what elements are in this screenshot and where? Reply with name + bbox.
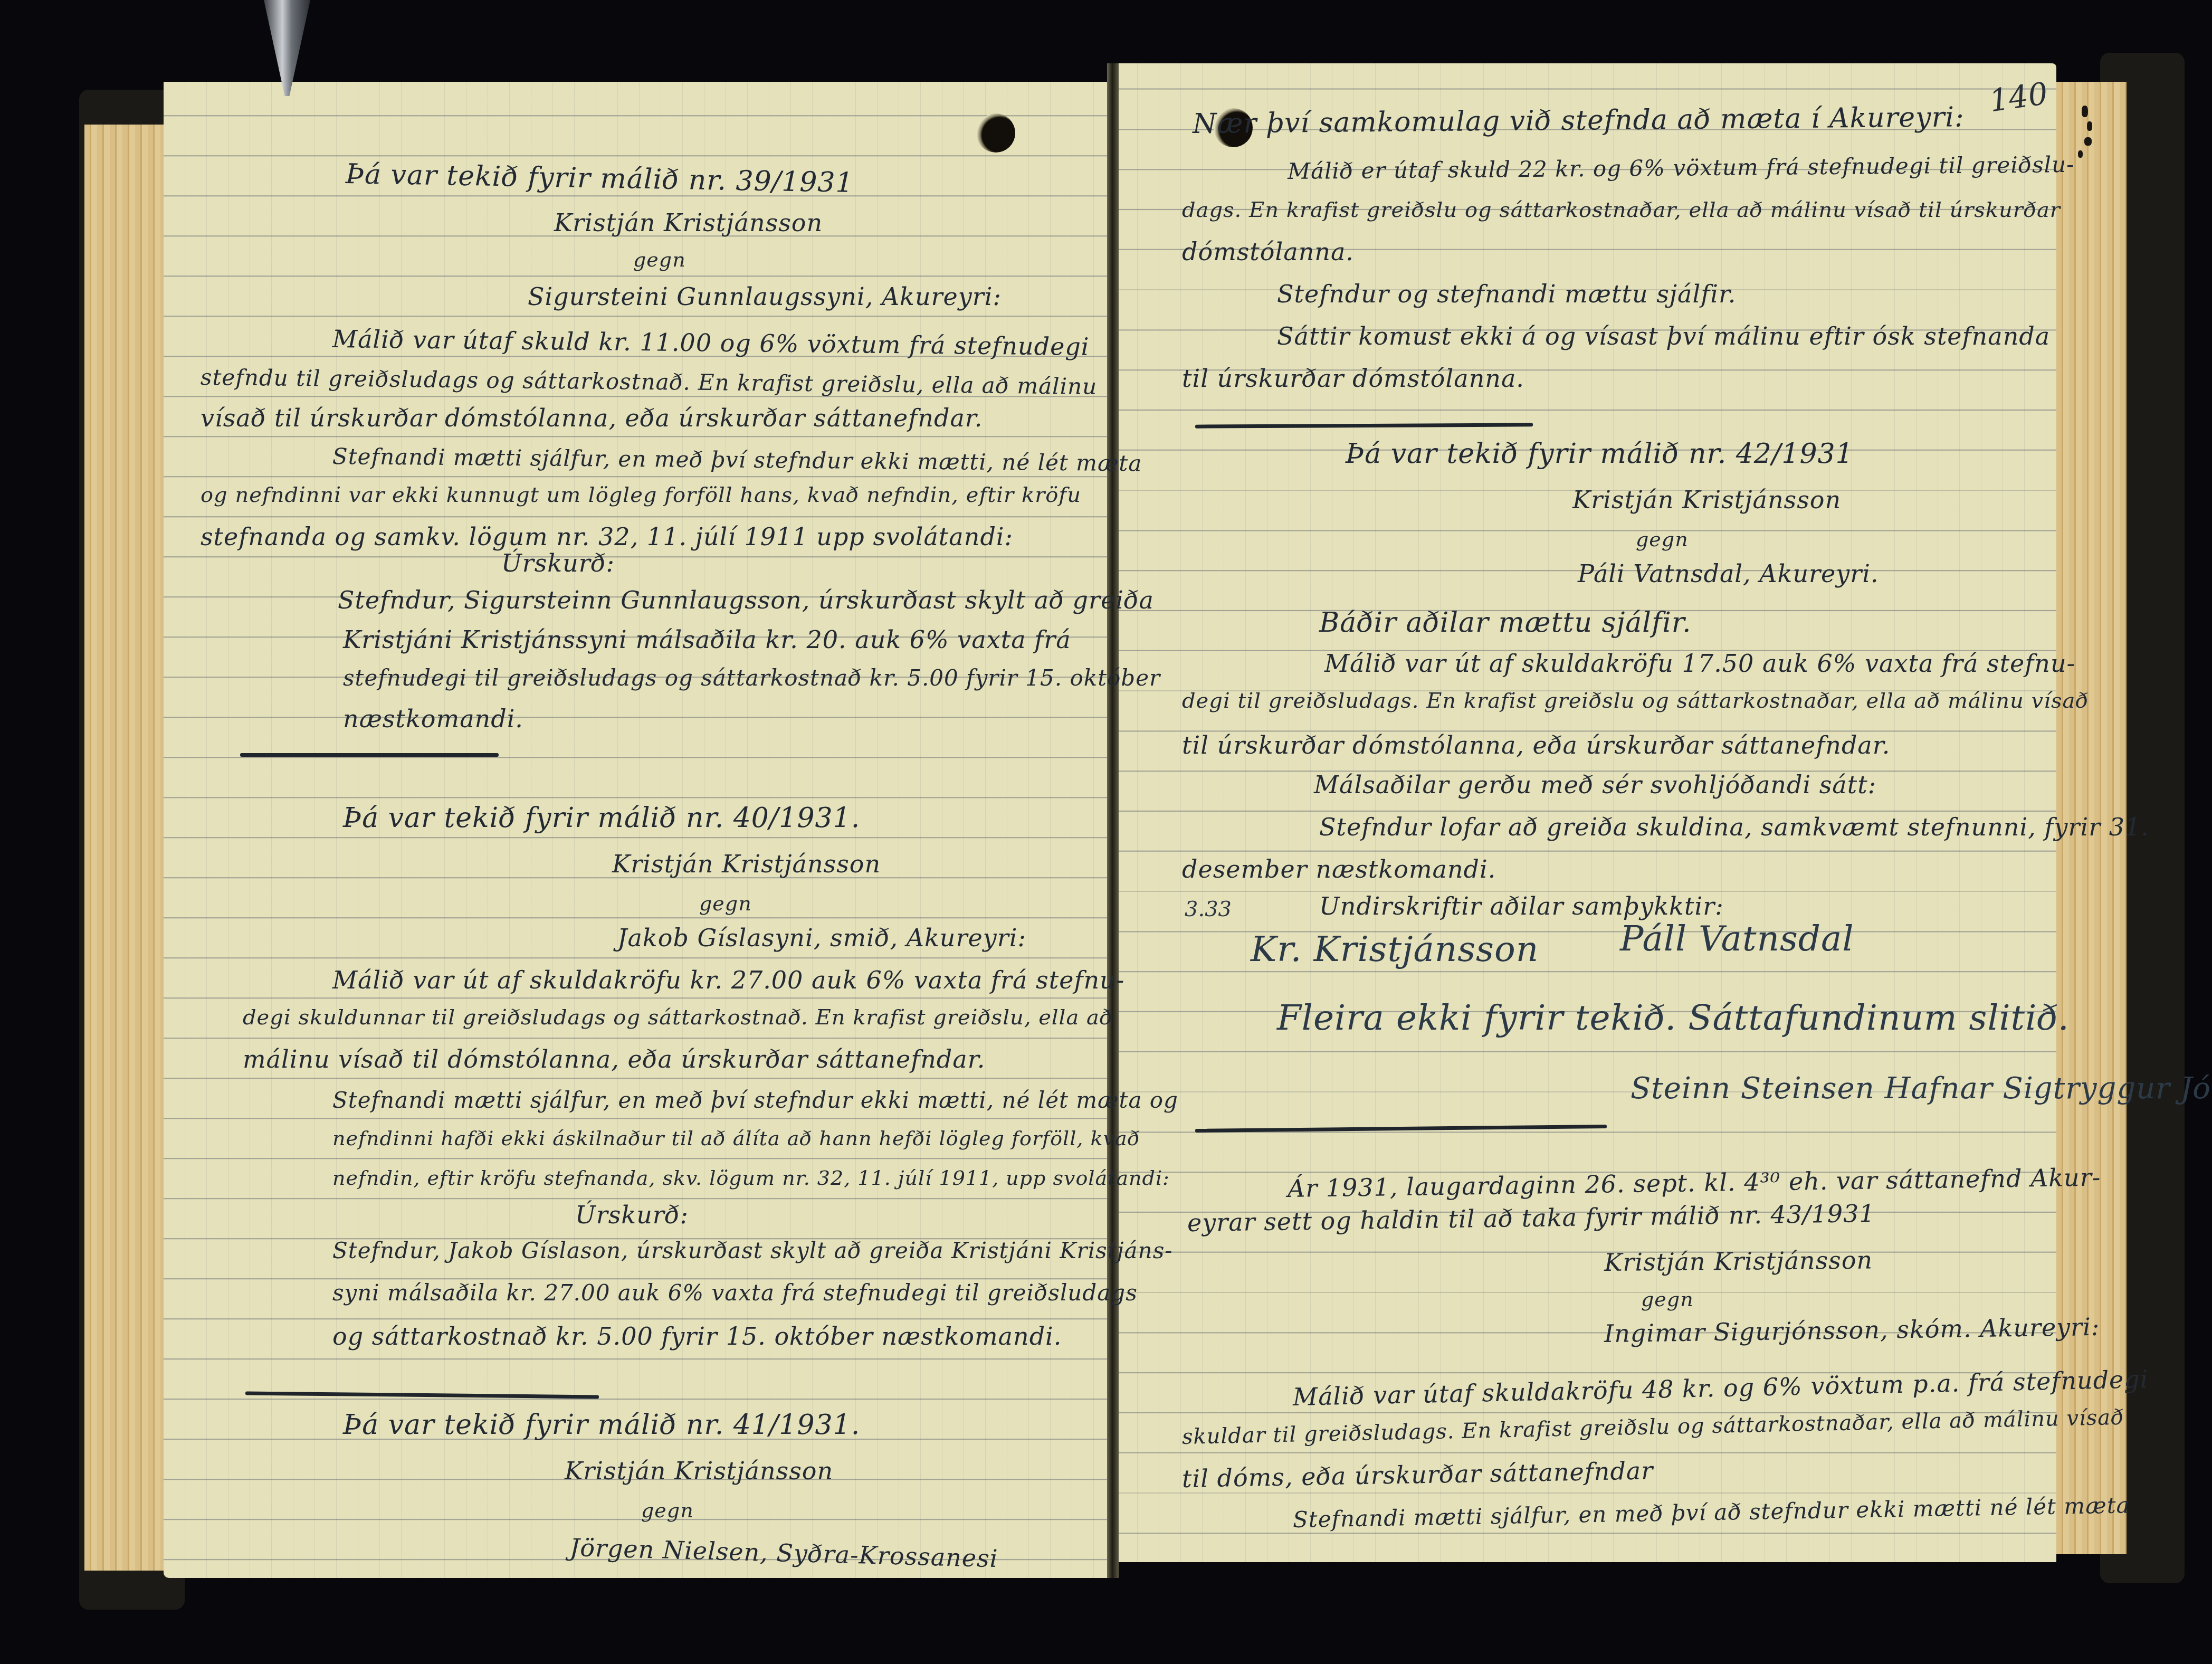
margin-note: 3.33: [1185, 897, 1232, 921]
ruling-label: Úrskurð:: [575, 1201, 689, 1229]
versus-label: gegn: [641, 1499, 694, 1522]
ruling-label: Úrskurð:: [501, 549, 615, 577]
continuation-line: dags. En krafist greiðslu og sáttarkostn…: [1182, 198, 2061, 222]
case-body-line: stefnanda og samkv. lögum nr. 32, 11. jú…: [201, 522, 1013, 551]
case-body-line: vísað til úrskurðar dómstólanna, eða úrs…: [201, 404, 983, 432]
plaintiff-name: Kristján Kristjánsson: [1572, 486, 1841, 514]
left-page-stack: [84, 125, 164, 1571]
signature-plaintiff: Kr. Kristjánsson: [1251, 929, 1539, 969]
case-body-line: nefndinni hafði ekki áskilnaður til að á…: [332, 1127, 1140, 1150]
case-body-line: Stefndur lofar að greiða skuldina, samkv…: [1319, 813, 2149, 841]
versus-label: gegn: [1641, 1288, 1694, 1311]
versus-label: gegn: [699, 892, 752, 915]
case-heading: Þá var tekið fyrir málið nr. 41/1931.: [343, 1409, 860, 1441]
case-body-line: og nefndinni var ekki kunnugt um lögleg …: [201, 483, 1081, 507]
case-body-line: til úrskurðar dómstólanna, eða úrskurðar…: [1182, 731, 1890, 759]
defendant-name: Sigursteini Gunnlaugssyni, Akureyri:: [528, 282, 1002, 311]
plaintiff-name: Kristján Kristjánsson: [1604, 1246, 1873, 1277]
section-divider: [240, 753, 499, 757]
case-body-line: nefndin, eftir kröfu stefnanda, skv. lög…: [332, 1166, 1170, 1190]
defendant-name: Páli Vatnsdal, Akureyri.: [1578, 559, 1879, 588]
ruling-line: stefnudegi til greiðsludags og sáttarkos…: [343, 665, 1160, 691]
ink-stain: [2087, 121, 2092, 131]
ink-stain: [2084, 137, 2092, 146]
case-body-line: Stefnandi mætti sjálfur, en með því stef…: [332, 1087, 1178, 1113]
plaintiff-name: Kristján Kristjánsson: [565, 1457, 833, 1485]
versus-label: gegn: [1636, 528, 1689, 551]
case-body-line: Báðir aðilar mættu sjálfir.: [1319, 607, 1692, 639]
continuation-line: Nær því samkomulag við stefnda að mæta í…: [1193, 101, 1965, 140]
plaintiff-name: Kristján Kristjánsson: [612, 850, 881, 878]
case-heading: Þá var tekið fyrir málið nr. 40/1931.: [343, 802, 860, 834]
case-body-line: degi til greiðsludags. En krafist greiðs…: [1182, 689, 2089, 713]
ruling-line: og sáttarkostnað kr. 5.00 fyrir 15. októ…: [332, 1322, 1062, 1351]
punch-hole-left: [976, 113, 1015, 153]
plaintiff-name: Kristján Kristjánsson: [554, 208, 823, 237]
versus-label: gegn: [633, 248, 686, 271]
ruling-line: Stefndur, Jakob Gíslason, úrskurðast sky…: [332, 1238, 1172, 1263]
case-body-line: degi skuldunnar til greiðsludags og sátt…: [243, 1005, 1113, 1030]
signature-intro: Undirskriftir aðilar samþykktir:: [1319, 892, 1724, 920]
defendant-name: Jakob Gíslasyni, smið, Akureyri:: [617, 924, 1026, 952]
officials-signature: Steinn Steinsen Hafnar Sigtryggur Jónsso…: [1631, 1071, 2212, 1106]
case-heading: Þá var tekið fyrir málið nr. 42/1931: [1346, 438, 1854, 470]
book-gutter: [1107, 63, 1119, 1578]
case-body-line: málinu vísað til dómstólanna, eða úrskur…: [243, 1045, 985, 1073]
case-body-line: Málið var út af skuldakröfu 17.50 auk 6%…: [1324, 649, 2075, 678]
continuation-line: til úrskurðar dómstólanna.: [1182, 364, 1524, 393]
closing-statement: Fleira ekki fyrir tekið. Sáttafundinum s…: [1277, 997, 2070, 1038]
signature-defendant: Páll Vatnsdal: [1620, 918, 1854, 959]
case-body-line: desember næstkomandi.: [1182, 855, 1496, 883]
case-body-line: Málið var út af skuldakröfu kr. 27.00 au…: [332, 966, 1124, 994]
ruling-line: Kristjáni Kristjánssyni málsaðila kr. 20…: [343, 625, 1071, 654]
continuation-line: Sáttir komust ekki á og vísast því málin…: [1277, 322, 2050, 350]
ruling-line: næstkomandi.: [343, 705, 523, 733]
ruling-line: syni málsaðila kr. 27.00 auk 6% vaxta fr…: [332, 1280, 1138, 1306]
ruling-line: Stefndur, Sigursteinn Gunnlaugsson, úrsk…: [338, 586, 1154, 614]
ink-stain: [2078, 150, 2083, 158]
ink-stain: [2082, 106, 2088, 117]
continuation-line: Stefndur og stefnandi mættu sjálfir.: [1277, 280, 1737, 308]
case-body-line: Málsaðilar gerðu með sér svohljóðandi sá…: [1314, 771, 1876, 799]
continuation-line: dómstólanna.: [1182, 237, 1354, 266]
